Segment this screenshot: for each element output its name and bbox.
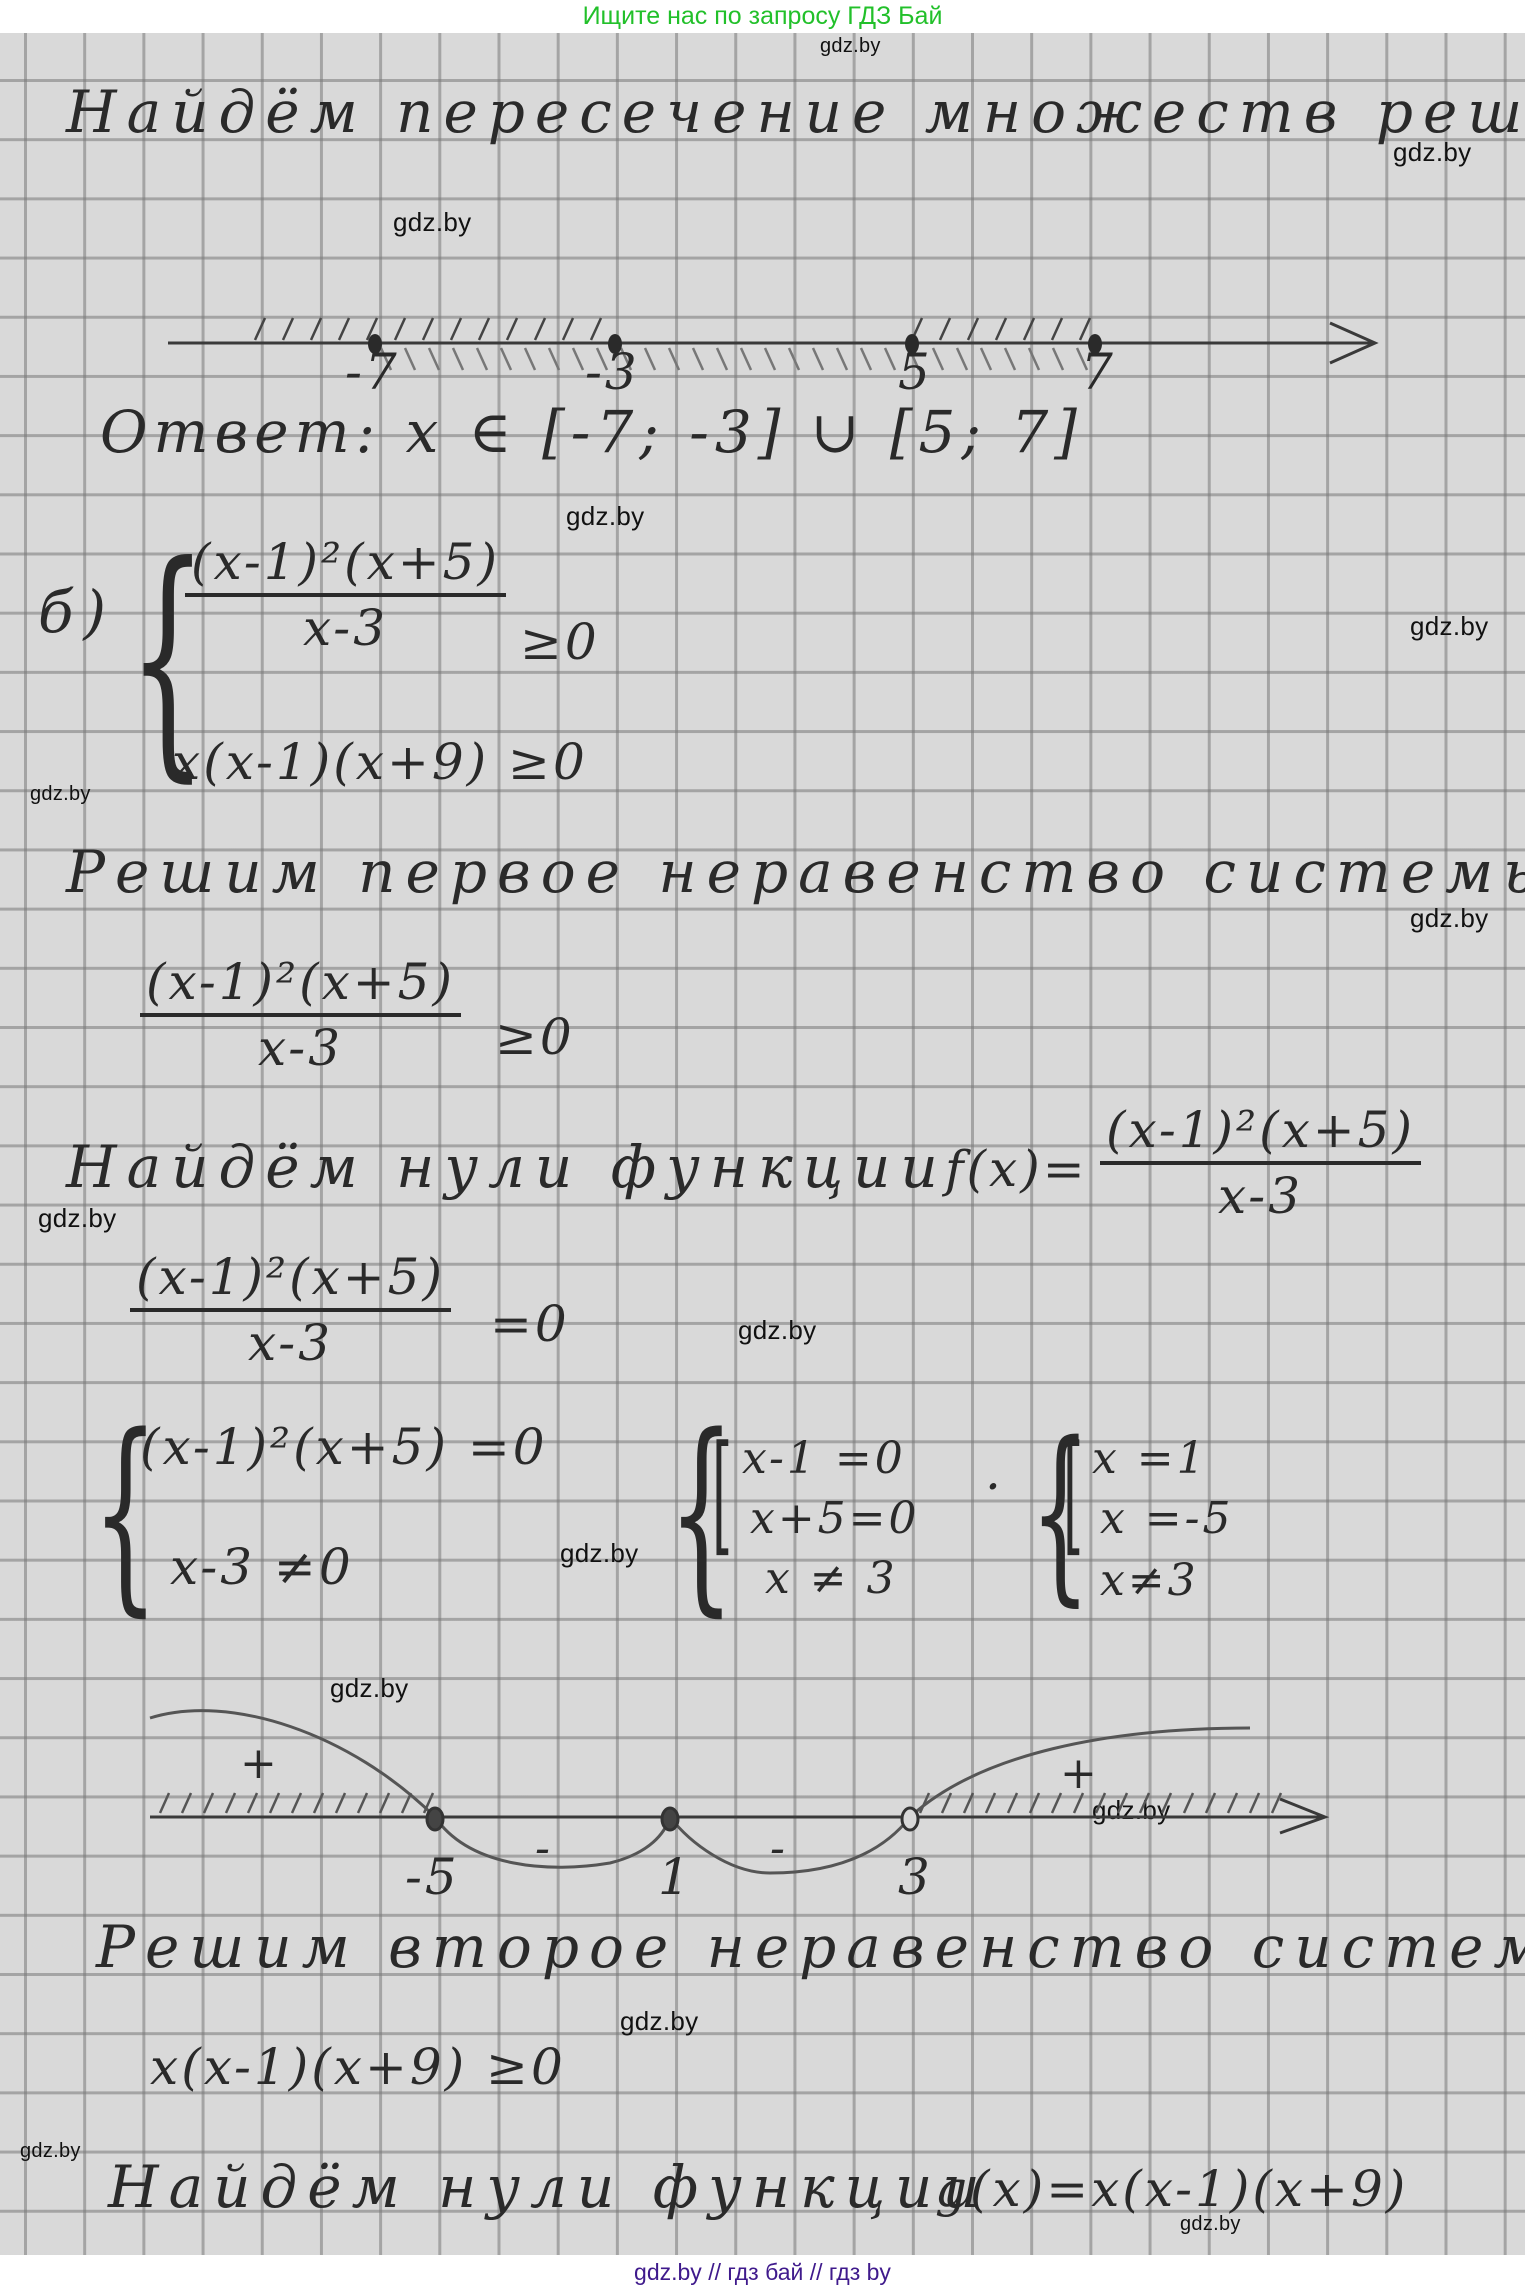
sign-label: + (1060, 1748, 1100, 1799)
system-fraction: (x-1)²(x+5) x-3 (185, 533, 506, 657)
system-3-line-2: x =-5 (1100, 1493, 1234, 1544)
system-2-line-2: x+5=0 (750, 1493, 920, 1544)
system-line-2: x(x-1)(x+9) ≥0 (172, 733, 588, 791)
tick-label: -7 (345, 343, 400, 401)
watermark: gdz.by (20, 2140, 81, 2163)
fraction-denominator: x-3 (1100, 1167, 1421, 1225)
tick-label: 3 (898, 1848, 933, 1906)
watermark: gdz.by (1410, 611, 1488, 642)
tick-label: -3 (585, 343, 640, 401)
watermark: gdz.by (820, 35, 881, 58)
fraction-denominator: x-3 (140, 1019, 461, 1077)
heading-second-inequality: Решим второе неравенство системы (96, 1913, 1525, 1981)
system-2-line-3: x ≠ 3 (765, 1553, 898, 1604)
watermark: gdz.by (620, 2006, 698, 2037)
fraction-bar (185, 593, 506, 597)
sign-label: + (240, 1738, 280, 1789)
system-3-line-1: x =1 (1092, 1433, 1208, 1484)
system-3-bracket: [ (1063, 1428, 1083, 1558)
sign-chart-f (130, 1673, 1330, 1893)
answer-a: Ответ: x ∈ [-7; -3] ∪ [5; 7] (100, 398, 1083, 466)
tick-label: 1 (658, 1848, 693, 1906)
sign-label: - (770, 1823, 788, 1874)
fraction-bar (140, 1013, 461, 1017)
f-definition-lhs: f(x)= (945, 1140, 1088, 1198)
system-relation: ≥0 (520, 613, 600, 671)
fraction-numerator: (x-1)²(x+5) (185, 533, 506, 591)
system-2-line-1: x-1 =0 (742, 1433, 906, 1484)
tick-label: 5 (898, 343, 933, 401)
watermark: gdz.by (738, 1315, 816, 1346)
fraction-denominator: x-3 (130, 1314, 451, 1372)
part-b-label: б) (38, 578, 116, 646)
fraction-numerator: (x-1)²(x+5) (140, 953, 461, 1011)
watermark: gdz.by (566, 501, 644, 532)
tick-label: 7 (1081, 343, 1116, 401)
watermark: gdz.by (30, 783, 91, 806)
heading-find-zeros-g: Найдём нули функции (108, 2153, 990, 2221)
zeros-equation-fraction: (x-1)²(x+5) x-3 (130, 1248, 451, 1372)
g-definition: g(x)=x(x-1)(x+9) (935, 2160, 1408, 2218)
inequality-1-fraction: (x-1)²(x+5) x-3 (140, 953, 461, 1077)
zeros-equation-relation: =0 (490, 1295, 570, 1353)
heading-find-zeros-f: Найдём нули функции (66, 1133, 948, 1201)
fraction-bar (130, 1308, 451, 1312)
fraction-numerator: (x-1)²(x+5) (130, 1248, 451, 1306)
search-banner[interactable]: Ищите нас по запросу ГДЗ Бай (0, 0, 1525, 33)
footer-links[interactable]: gdz.by // гдз бай // гдз by (0, 2255, 1525, 2289)
heading-intersection: Найдём пересечение множеств решений (66, 78, 1525, 146)
fraction-numerator: (x-1)²(x+5) (1100, 1101, 1421, 1159)
watermark: gdz.by (38, 1203, 116, 1234)
system-3-line-3: x≠3 (1100, 1555, 1199, 1606)
watermark: gdz.by (560, 1538, 638, 1569)
tick-label: -5 (405, 1848, 460, 1906)
system-separator: . (985, 1443, 1004, 1501)
f-definition-fraction: (x-1)²(x+5) x-3 (1100, 1101, 1421, 1225)
heading-first-inequality: Решим первое неравенство системы (66, 838, 1525, 906)
notebook-page: gdz.by gdz.by gdz.by gdz.by gdz.by gdz.b… (0, 33, 1525, 2255)
fraction-denominator: x-3 (185, 599, 506, 657)
system-1-line-1: (x-1)²(x+5) =0 (140, 1418, 548, 1476)
sign-label: - (535, 1823, 553, 1874)
fraction-bar (1100, 1161, 1421, 1165)
inequality-2: x(x-1)(x+9) ≥0 (150, 2038, 566, 2096)
watermark: gdz.by (393, 207, 471, 238)
system-1-line-2: x-3 ≠0 (170, 1538, 354, 1596)
number-line-intersection (150, 278, 1410, 368)
watermark: gdz.by (1410, 903, 1488, 934)
inequality-1-relation: ≥0 (495, 1008, 575, 1066)
system-2-bracket: [ (712, 1428, 732, 1558)
